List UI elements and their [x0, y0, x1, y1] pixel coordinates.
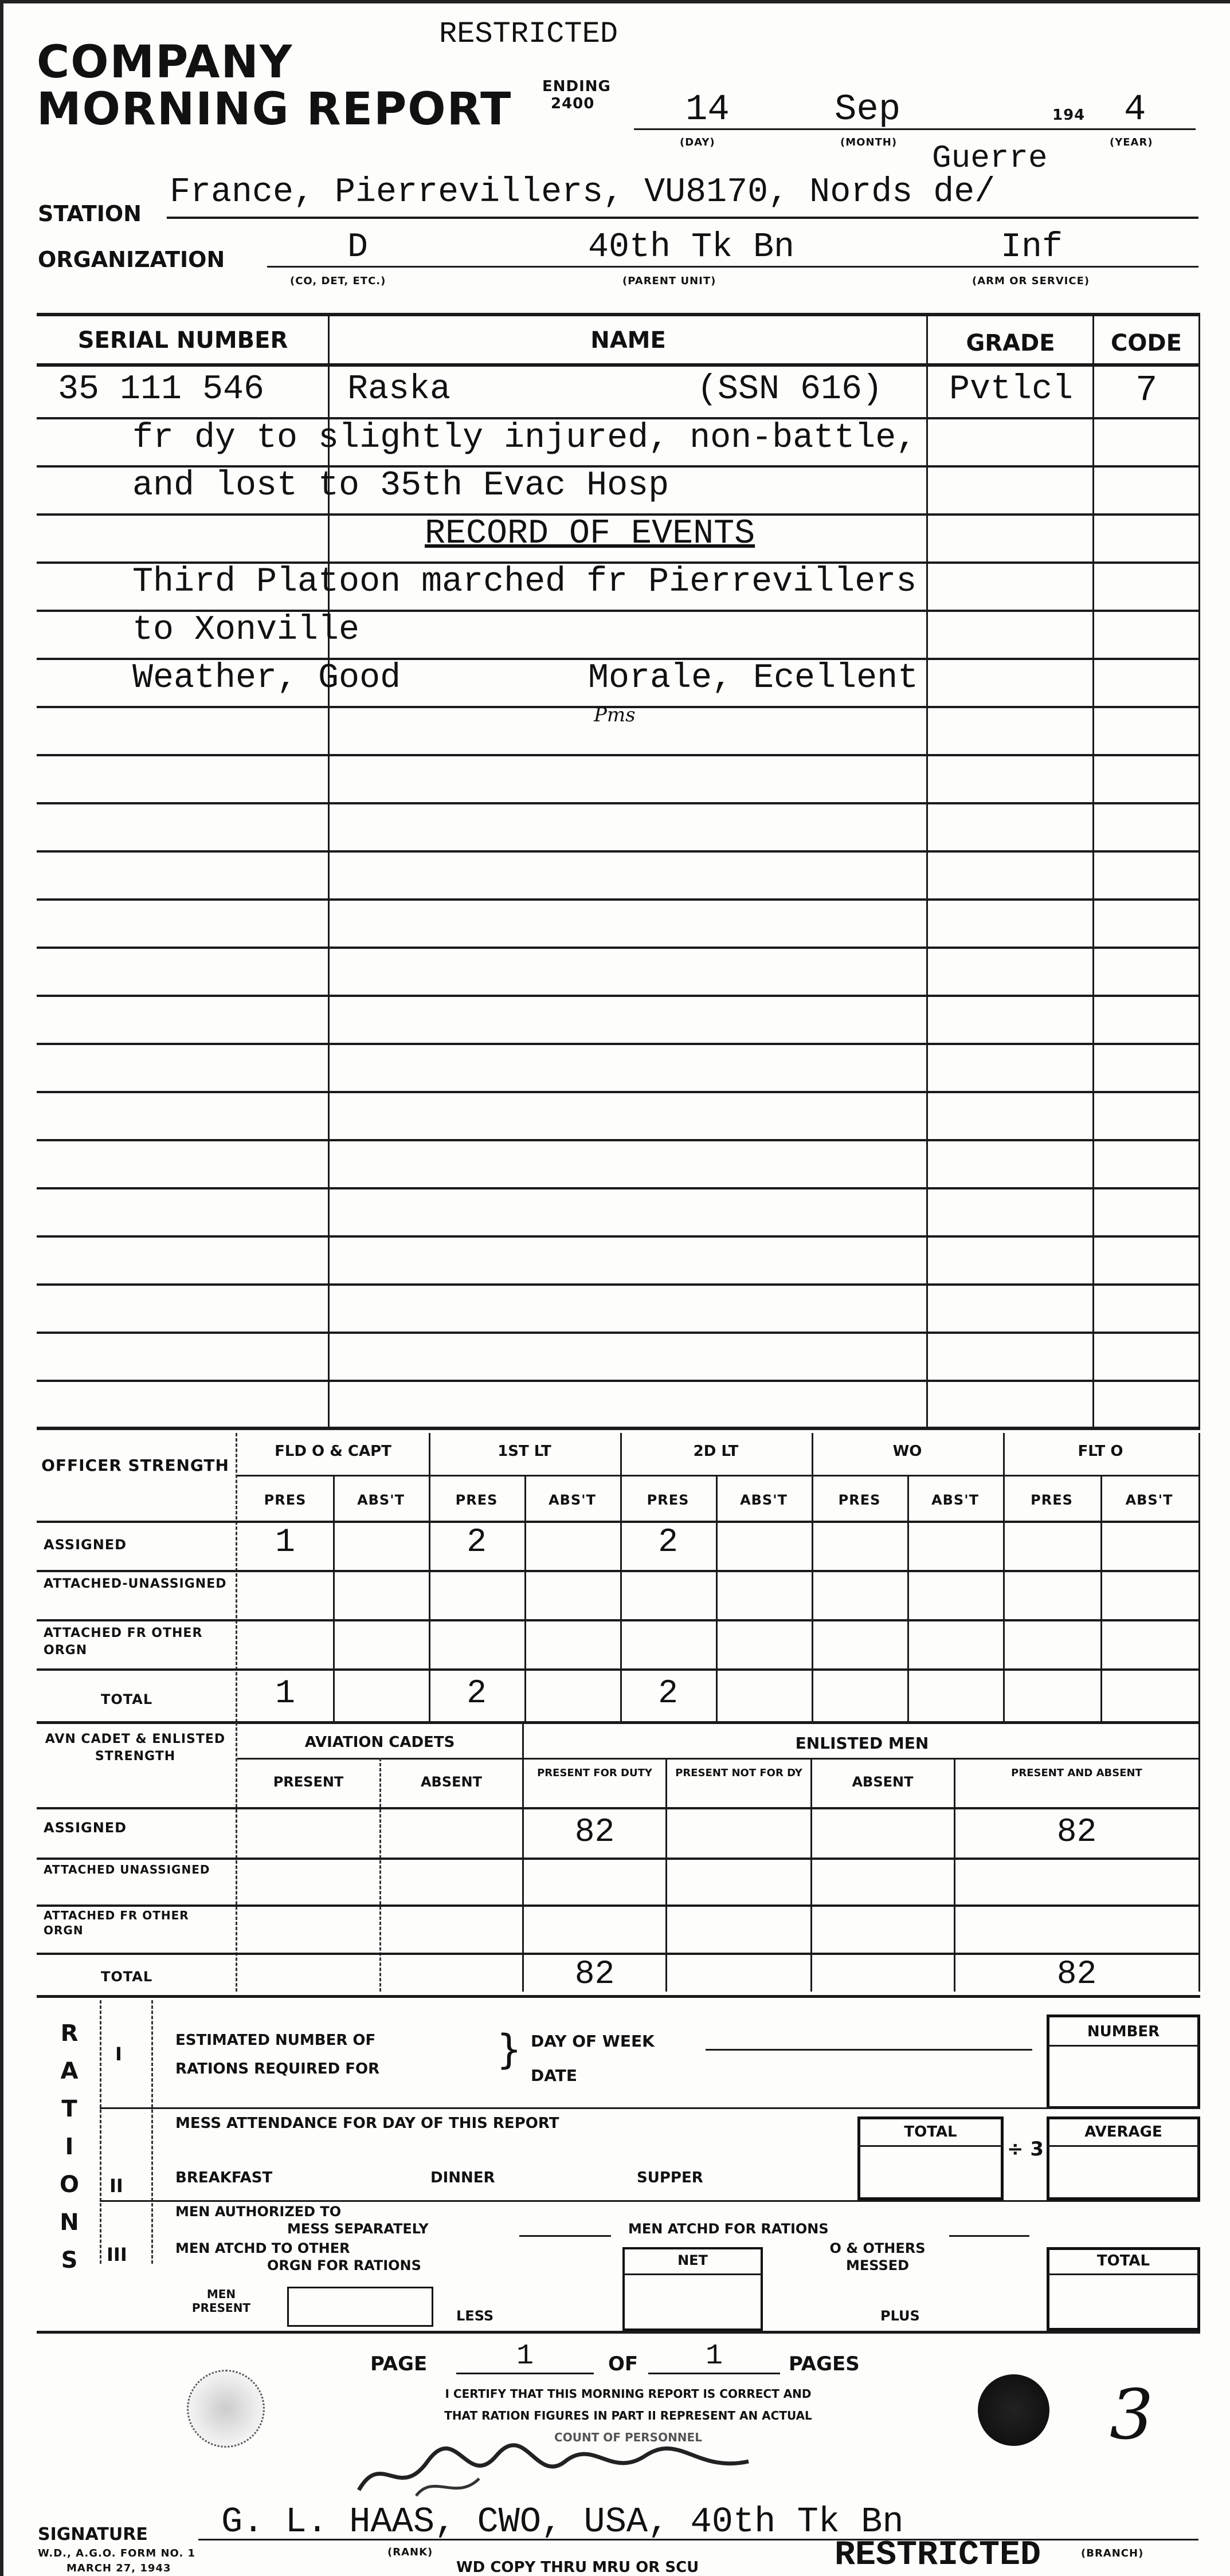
organization-company[interactable]: D	[347, 228, 368, 267]
total-rule	[857, 2145, 1004, 2147]
sec3-total-rule	[1047, 2273, 1200, 2275]
branch-caption: (BRANCH)	[1081, 2547, 1143, 2559]
organization-underline	[267, 266, 1198, 268]
handwritten-initials: Pms	[594, 704, 636, 727]
rations-sec1-bottom	[100, 2107, 1200, 2109]
ending-label: ENDING	[542, 78, 611, 95]
organization-label: ORGANIZATION	[38, 247, 225, 272]
enlisted-row-total: TOTAL	[101, 1969, 152, 1985]
col-cadets-present: PRESENT	[237, 1774, 379, 1790]
men-present-label: MEN PRESENT	[164, 2287, 279, 2315]
certification-line1: I CERTIFY THAT THIS MORNING REPORT IS CO…	[336, 2387, 920, 2401]
grid-line	[1100, 1476, 1102, 1722]
table-right-border	[1198, 315, 1200, 1427]
col-present-for-duty: PRESENT FOR DUTY	[524, 1766, 665, 1781]
officer-group-fld-o-capt: FLD O & CAPT	[237, 1443, 429, 1460]
restricted-stamp-bottom: RESTRICTED	[835, 2536, 1041, 2575]
ruled-line	[37, 1091, 1200, 1093]
header-grade: GRADE	[927, 330, 1094, 356]
page-number[interactable]: 1	[456, 2340, 594, 2374]
rations-sec3-roman: III	[107, 2244, 127, 2265]
certification-line2: THAT RATION FIGURES IN PART II REPRESENT…	[336, 2409, 920, 2422]
officer-sub-abst: ABS'T	[333, 1492, 429, 1508]
officer-row-total: TOTAL	[101, 1691, 152, 1707]
hole-punch-right-icon	[978, 2374, 1049, 2446]
less-label: LESS	[456, 2308, 493, 2324]
mess-attendance-label: MESS ATTENDANCE FOR DAY OF THIS REPORT	[175, 2115, 559, 2132]
entry-code[interactable]: 7	[1135, 370, 1157, 411]
officer-sub-pres: PRES	[429, 1492, 524, 1508]
grid-line	[522, 1722, 524, 1992]
enlisted-row-attached-unassigned: ATTACHED UNASSIGNED	[44, 1862, 227, 1877]
organization-arm[interactable]: Inf	[1001, 228, 1063, 267]
col-present-not-for-dy: PRESENT NOT FOR DY	[667, 1766, 810, 1781]
page-label: PAGE	[370, 2353, 427, 2375]
header-bottom-rule	[37, 363, 1200, 367]
officer-row-attached-unassigned: ATTACHED-UNASSIGNED	[44, 1576, 227, 1593]
weather-line[interactable]: Weather, Good	[132, 659, 401, 698]
entry-remark-line2[interactable]: and lost to 35th Evac Hosp	[132, 466, 669, 505]
rations-roman-divider	[151, 2000, 153, 2264]
brace: }	[496, 2026, 522, 2073]
form-date: MARCH 27, 1943	[66, 2562, 171, 2574]
officer-sub-abst: ABS'T	[716, 1492, 812, 1508]
net-label: NET	[622, 2252, 763, 2268]
officer-total-fldo-pres[interactable]: 1	[237, 1675, 333, 1713]
men-atchd-rations-field[interactable]	[949, 2235, 1029, 2237]
rations-sec2-bottom	[100, 2200, 1200, 2202]
day-of-week-label: DAY OF WEEK	[531, 2032, 655, 2051]
page-total[interactable]: 1	[648, 2340, 780, 2374]
ruled-line	[37, 850, 1200, 853]
number-label: NUMBER	[1047, 2023, 1200, 2040]
ruled-line	[37, 802, 1200, 804]
day-caption: (DAY)	[680, 136, 715, 148]
rank-caption: (RANK)	[387, 2546, 433, 2558]
side-letter: N	[52, 2204, 87, 2241]
ruled-line	[37, 1187, 1200, 1189]
enlisted-label-divider	[236, 1722, 237, 1992]
ruled-line	[37, 1235, 1200, 1238]
men-present-box[interactable]	[287, 2287, 433, 2327]
o-others-label1: O & OTHERS	[803, 2240, 952, 2256]
enlisted-bottom-rule	[37, 1995, 1200, 1998]
report-day[interactable]: 14	[685, 89, 730, 131]
rations-side-letters: R A T I O N S	[52, 2015, 87, 2279]
officer-assigned-1stlt-pres[interactable]: 2	[429, 1524, 524, 1561]
enlisted-row-attached-fr-other: ATTACHED FR OTHER ORGN	[44, 1908, 227, 1938]
officer-sub-abst: ABS'T	[907, 1492, 1003, 1508]
report-year-digit[interactable]: 4	[1124, 89, 1146, 131]
ruled-line	[37, 1332, 1200, 1334]
pages-label: PAGES	[789, 2353, 860, 2375]
morale-line[interactable]: Morale, Ecellent	[588, 659, 918, 698]
enlisted-row-rule	[37, 1807, 1200, 1809]
officer-sub-pres: PRES	[1003, 1492, 1100, 1508]
rations-bottom-rule	[37, 2331, 1200, 2334]
ruled-line	[37, 995, 1200, 997]
form-title-line2: MORNING REPORT	[37, 84, 512, 135]
date-label: DATE	[531, 2066, 577, 2085]
officer-row-attached-fr-other: ATTACHED FR OTHER ORGN	[44, 1625, 227, 1659]
day-of-week-field[interactable]	[706, 2049, 1032, 2051]
table-bottom-rule	[37, 1427, 1200, 1430]
enlisted-row-assigned: ASSIGNED	[44, 1820, 127, 1836]
o-others-label2: MESSED	[803, 2257, 952, 2273]
rations-sec1-label2: RATIONS REQUIRED FOR	[175, 2060, 379, 2078]
year-prefix: 194	[1052, 107, 1085, 124]
col-enlisted-absent: ABSENT	[812, 1774, 954, 1790]
enlisted-men-heading: ENLISTED MEN	[524, 1734, 1200, 1753]
entry-ssn[interactable]: (SSN 616)	[697, 370, 883, 409]
year-caption: (YEAR)	[1110, 136, 1153, 148]
officer-row-rule	[37, 1668, 1200, 1671]
men-authorized-label2: MESS SEPARATELY	[287, 2221, 429, 2237]
net-rule	[622, 2273, 763, 2275]
officer-group-rule	[237, 1475, 1200, 1477]
rations-side-divider	[100, 2000, 101, 2264]
station-value[interactable]: France, Pierrevillers, VU8170, Nords de/	[170, 173, 995, 212]
officer-assigned-2dlt-pres[interactable]: 2	[620, 1524, 716, 1561]
rations-sec1-label1: ESTIMATED NUMBER OF	[175, 2032, 375, 2049]
hole-punch-left-icon	[187, 2370, 265, 2448]
entry-name[interactable]: Raska	[347, 370, 451, 409]
officer-sub-abst: ABS'T	[1100, 1492, 1198, 1508]
plus-label: PLUS	[880, 2308, 920, 2324]
organization-parent-unit[interactable]: 40th Tk Bn	[588, 228, 794, 267]
company-caption: (CO, DET, ETC.)	[290, 275, 386, 287]
sec3-total-label: TOTAL	[1047, 2252, 1200, 2269]
rations-sec2-roman: II	[109, 2175, 123, 2197]
grid-line	[1198, 1433, 1200, 1722]
enlisted-assigned-present-and-absent[interactable]: 82	[955, 1814, 1198, 1851]
enlisted-assigned-present-for-duty[interactable]: 82	[524, 1814, 665, 1851]
total-label: TOTAL	[857, 2123, 1004, 2141]
breakfast-label: BREAKFAST	[175, 2169, 272, 2186]
side-letter: O	[52, 2166, 87, 2204]
col-present-and-absent: PRESENT AND ABSENT	[955, 1766, 1198, 1781]
men-present-l1: MEN	[164, 2287, 279, 2301]
officer-row-assigned: ASSIGNED	[44, 1537, 127, 1553]
ruled-line	[37, 754, 1200, 756]
side-letter: R	[52, 2015, 87, 2052]
ruled-line	[37, 947, 1200, 949]
side-letter: S	[52, 2241, 87, 2279]
officer-sub-pres: PRES	[812, 1492, 907, 1508]
ruled-line	[37, 1283, 1200, 1286]
event-line1[interactable]: Third Platoon marched fr Pierrevillers	[132, 563, 916, 602]
enlisted-row-rule	[37, 1858, 1200, 1860]
enlisted-strength-title: AVN CADET & ENLISTED STRENGTH	[38, 1731, 233, 1765]
of-label: OF	[608, 2353, 638, 2375]
header-serial-number: SERIAL NUMBER	[37, 327, 329, 354]
report-month[interactable]: Sep	[835, 89, 900, 131]
ruled-line	[37, 1043, 1200, 1045]
grid-line	[716, 1476, 718, 1722]
signature-value[interactable]: G. L. HAAS, CWO, USA, 40th Tk Bn	[221, 2502, 904, 2542]
officer-bottom-rule	[37, 1721, 1200, 1724]
men-atchd-other-label1: MEN ATCHD TO OTHER	[175, 2240, 350, 2256]
signature-underline	[198, 2539, 1198, 2540]
ruled-line	[37, 1380, 1200, 1382]
entry-serial[interactable]: 35 111 546	[58, 370, 264, 409]
men-atchd-for-rations-label: MEN ATCHD FOR RATIONS	[628, 2221, 829, 2237]
event-line2[interactable]: to Xonville	[132, 611, 359, 650]
officer-group-1st-lt: 1ST LT	[429, 1443, 620, 1460]
form-title-line1: COMPANY	[37, 37, 293, 88]
ruled-line	[37, 1139, 1200, 1141]
men-authorized-label1: MEN AUTHORIZED TO	[175, 2204, 341, 2220]
handwritten-page-number: 3	[1110, 2375, 1153, 2455]
men-atchd-other-label2: ORGN FOR RATIONS	[267, 2257, 421, 2273]
side-letter: I	[52, 2128, 87, 2166]
arm-caption: (ARM OR SERVICE)	[972, 275, 1090, 287]
divide-by-3: ÷ 3	[1005, 2138, 1045, 2161]
officer-group-2d-lt: 2D LT	[620, 1443, 812, 1460]
grid-line	[665, 1758, 667, 1992]
officer-group-flt-o: FLT O	[1003, 1443, 1198, 1460]
form-number: W.D., A.G.O. FORM NO. 1	[38, 2547, 195, 2559]
supper-label: SUPPER	[637, 2169, 703, 2186]
men-present-l2: PRESENT	[164, 2301, 279, 2315]
enlisted-total-present-and-absent[interactable]: 82	[955, 1956, 1198, 1993]
station-overflow: Guerre	[932, 140, 1048, 176]
mess-separately-field[interactable]	[519, 2235, 611, 2237]
dinner-label: DINNER	[430, 2169, 495, 2186]
officer-group-wo: WO	[812, 1443, 1003, 1460]
officer-sub-pres: PRES	[237, 1492, 333, 1508]
header-name: NAME	[330, 327, 926, 354]
table-top-border	[37, 313, 1200, 316]
grid-line	[333, 1476, 335, 1722]
officer-total-2dlt-pres[interactable]: 2	[620, 1675, 716, 1713]
grid-line	[812, 1433, 813, 1722]
ending-time: 2400	[551, 95, 594, 112]
average-label: AVERAGE	[1047, 2123, 1200, 2141]
signature-scribble-icon	[347, 2427, 783, 2507]
record-of-events-heading: RECORD OF EVENTS	[425, 515, 755, 553]
col-divider-name	[926, 315, 928, 1427]
entry-grade[interactable]: Pvtlcl	[949, 370, 1073, 409]
side-letter: A	[52, 2052, 87, 2090]
entry-remark-line1[interactable]: fr dy to slightly injured, non-battle,	[132, 419, 916, 458]
officer-assigned-fldo-pres[interactable]: 1	[237, 1524, 333, 1561]
restricted-stamp-top: RESTRICTED	[439, 17, 618, 51]
grid-line	[1198, 1722, 1200, 1992]
grid-line	[1003, 1433, 1005, 1722]
ruled-line	[37, 898, 1200, 901]
officer-row-rule	[37, 1521, 1200, 1523]
officer-row-rule	[37, 1570, 1200, 1572]
station-label: STATION	[38, 201, 142, 226]
officer-row-rule	[37, 1619, 1200, 1621]
morning-report-page: RESTRICTED COMPANY MORNING REPORT ENDING…	[0, 0, 1230, 2576]
officer-strength-title: OFFICER STRENGTH	[38, 1456, 233, 1475]
signature-label: SIGNATURE	[38, 2524, 148, 2544]
station-underline	[167, 217, 1198, 219]
officer-sub-abst: ABS'T	[524, 1492, 620, 1508]
rations-sec1-roman: I	[115, 2043, 122, 2065]
officer-sub-pres: PRES	[620, 1492, 716, 1508]
col-cadets-absent: ABSENT	[381, 1774, 522, 1790]
number-rule	[1047, 2045, 1200, 2047]
month-caption: (MONTH)	[840, 136, 897, 148]
enlisted-row-rule	[37, 1953, 1200, 1955]
officer-total-1stlt-pres[interactable]: 2	[429, 1675, 524, 1713]
col-divider-grade	[1092, 315, 1094, 1427]
parent-caption: (PARENT UNIT)	[622, 275, 716, 287]
average-rule	[1047, 2145, 1200, 2147]
header-code: CODE	[1095, 330, 1198, 356]
aviation-cadets-heading: AVIATION CADETS	[237, 1734, 522, 1751]
enlisted-row-rule	[37, 1904, 1200, 1907]
enlisted-total-present-for-duty[interactable]: 82	[524, 1956, 665, 1993]
grid-line	[907, 1476, 909, 1722]
enlisted-group-rule	[237, 1758, 1200, 1760]
copy-note: WD COPY THRU MRU OR SCU	[456, 2559, 699, 2576]
grid-line	[810, 1758, 812, 1992]
grid-line	[379, 1758, 381, 1992]
grid-line	[524, 1476, 526, 1722]
side-letter: T	[52, 2090, 87, 2128]
